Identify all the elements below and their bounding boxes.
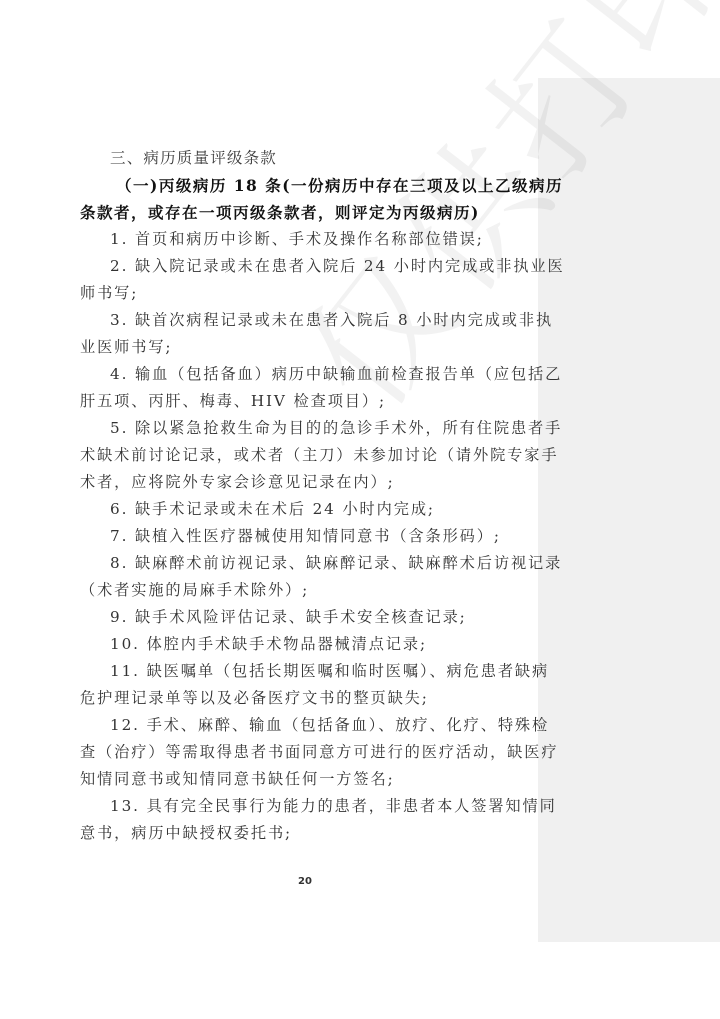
list-item: 9. 缺手术风险评估记录、缺手术安全核查记录;: [80, 604, 532, 631]
item-line: 术者，应将院外专家会诊意见记录在内）;: [80, 469, 532, 496]
item-line: 10. 体腔内手术缺手术物品器械清点记录;: [80, 631, 532, 658]
item-line: 3. 缺首次病程记录或未在患者入院后 8 小时内完成或非执: [80, 307, 532, 334]
side-panel: [538, 78, 720, 942]
list-item: 7. 缺植入性医疗器械使用知情同意书（含条形码）;: [80, 523, 532, 550]
list-item: 11. 缺医嘱单（包括长期医嘱和临时医嘱）、病危患者缺病 危护理记录单等以及必备…: [80, 658, 532, 712]
list-item: 10. 体腔内手术缺手术物品器械清点记录;: [80, 631, 532, 658]
item-line: 7. 缺植入性医疗器械使用知情同意书（含条形码）;: [80, 523, 532, 550]
section-title: 三、病历质量评级条款: [80, 145, 532, 172]
item-line: 肝五项、丙肝、梅毒、HIV 检查项目）;: [80, 388, 532, 415]
item-line: 4. 输血（包括备血）病历中缺输血前检查报告单（应包括乙: [80, 361, 532, 388]
item-line: 意书，病历中缺授权委托书;: [80, 820, 532, 847]
item-line: 1. 首页和病历中诊断、手术及操作名称部位错误;: [80, 226, 532, 253]
item-line: 知情同意书或知情同意书缺任何一方签名;: [80, 766, 532, 793]
item-line: 查（治疗）等需取得患者书面同意方可进行的医疗活动，缺医疗: [80, 739, 532, 766]
item-line: 6. 缺手术记录或未在术后 24 小时内完成;: [80, 496, 532, 523]
list-item: 1. 首页和病历中诊断、手术及操作名称部位错误;: [80, 226, 532, 253]
item-line: 8. 缺麻醉术前访视记录、缺麻醉记录、缺麻醉术后访视记录: [80, 550, 532, 577]
item-line: 12. 手术、麻醉、输血（包括备血）、放疗、化疗、特殊检: [80, 712, 532, 739]
list-item: 3. 缺首次病程记录或未在患者入院后 8 小时内完成或非执 业医师书写;: [80, 307, 532, 361]
list-item: 6. 缺手术记录或未在术后 24 小时内完成;: [80, 496, 532, 523]
item-line: 9. 缺手术风险评估记录、缺手术安全核查记录;: [80, 604, 532, 631]
list-item: 13. 具有完全民事行为能力的患者，非患者本人签署知情同 意书，病历中缺授权委托…: [80, 793, 532, 847]
item-line: 13. 具有完全民事行为能力的患者，非患者本人签署知情同: [80, 793, 532, 820]
item-line: （术者实施的局麻手术除外）;: [80, 577, 532, 604]
list-item: 4. 输血（包括备血）病历中缺输血前检查报告单（应包括乙 肝五项、丙肝、梅毒、H…: [80, 361, 532, 415]
item-line: 11. 缺医嘱单（包括长期医嘱和临时医嘱）、病危患者缺病: [80, 658, 532, 685]
item-line: 5. 除以紧急抢救生命为目的的急诊手术外，所有住院患者手: [80, 415, 532, 442]
list-item: 8. 缺麻醉术前访视记录、缺麻醉记录、缺麻醉术后访视记录 （术者实施的局麻手术除…: [80, 550, 532, 604]
document-page: 三、病历质量评级条款 （一)丙级病历 18 条(一份病历中存在三项及以上乙级病历…: [80, 145, 532, 847]
subsection-heading-line-2: 条款者，或存在一项丙级条款者，则评定为丙级病历): [80, 199, 532, 226]
list-item: 5. 除以紧急抢救生命为目的的急诊手术外，所有住院患者手 术缺术前讨论记录，或术…: [80, 415, 532, 496]
item-line: 师书写;: [80, 280, 532, 307]
list-item: 12. 手术、麻醉、输血（包括备血）、放疗、化疗、特殊检 查（治疗）等需取得患者…: [80, 712, 532, 793]
item-line: 2. 缺入院记录或未在患者入院后 24 小时内完成或非执业医: [80, 253, 532, 280]
page-number: 20: [290, 876, 320, 887]
item-line: 业医师书写;: [80, 334, 532, 361]
list-item: 2. 缺入院记录或未在患者入院后 24 小时内完成或非执业医 师书写;: [80, 253, 532, 307]
subsection-heading-line-1: （一)丙级病历 18 条(一份病历中存在三项及以上乙级病历: [80, 172, 532, 199]
item-line: 术缺术前讨论记录，或术者（主刀）未参加讨论（请外院专家手: [80, 442, 532, 469]
item-line: 危护理记录单等以及必备医疗文书的整页缺失;: [80, 685, 532, 712]
